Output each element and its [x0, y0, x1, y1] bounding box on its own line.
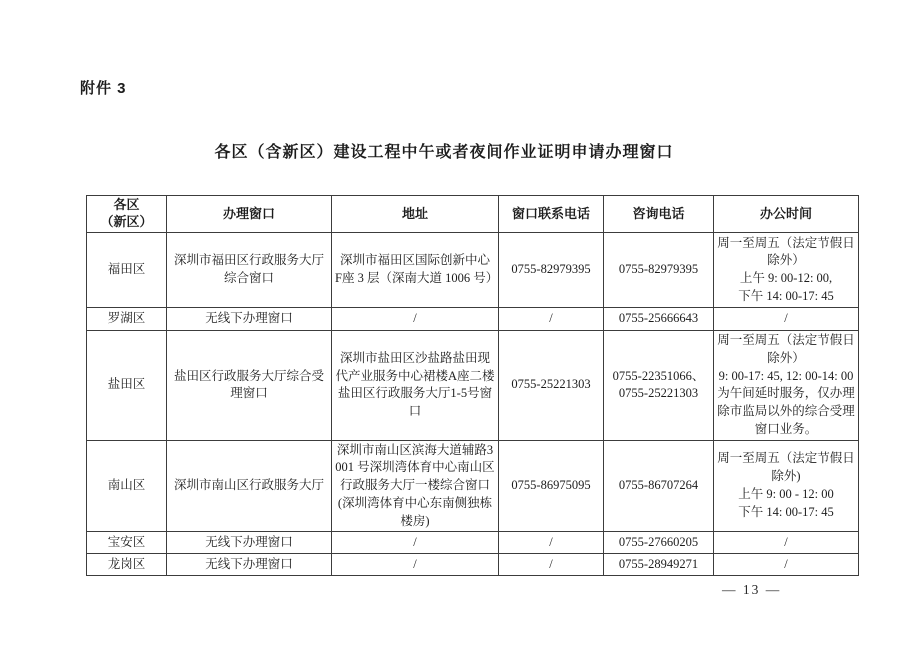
districts-table: 各区 （新区） 办理窗口 地址 窗口联系电话 咨询电话 办公时间 福田区深圳市福…: [86, 195, 859, 576]
cell-address: /: [332, 554, 499, 576]
cell-office-hours: 周一至周五（法定节假日 除外) 上午 9: 00 - 12: 00 下午 14:…: [714, 440, 859, 532]
table-row: 盐田区盐田区行政服务大厅综合受理窗口深圳市盐田区沙盐路盐田现代产业服务中心裙楼A…: [87, 331, 859, 441]
cell-district: 福田区: [87, 233, 167, 308]
table-row: 罗湖区无线下办理窗口//0755-25666643/: [87, 308, 859, 331]
page-title: 各区（含新区）建设工程中午或者夜间作业证明申请办理窗口: [0, 139, 888, 162]
cell-district: 罗湖区: [87, 308, 167, 331]
cell-window-phone: 0755-25221303: [499, 331, 604, 441]
attachment-label: 附件 3: [80, 77, 127, 98]
cell-address: /: [332, 308, 499, 331]
cell-office-hours: /: [714, 532, 859, 554]
cell-consult-phone: 0755-27660205: [604, 532, 714, 554]
cell-district: 南山区: [87, 440, 167, 532]
col-header-address: 地址: [332, 196, 499, 233]
table-row: 南山区深圳市南山区行政服务大厅深圳市南山区滨海大道辅路3001 号深圳湾体育中心…: [87, 440, 859, 532]
cell-address: /: [332, 532, 499, 554]
table-body: 福田区深圳市福田区行政服务大厅综合窗口深圳市福田区国际创新中心 F座 3 层（深…: [87, 233, 859, 576]
cell-window-phone: 0755-86975095: [499, 440, 604, 532]
cell-window: 无线下办理窗口: [167, 532, 332, 554]
cell-window: 无线下办理窗口: [167, 554, 332, 576]
cell-office-hours: /: [714, 308, 859, 331]
cell-window: 盐田区行政服务大厅综合受理窗口: [167, 331, 332, 441]
table-header: 各区 （新区） 办理窗口 地址 窗口联系电话 咨询电话 办公时间: [87, 196, 859, 233]
cell-window-phone: /: [499, 308, 604, 331]
cell-office-hours: 周一至周五（法定节假日 除外） 9: 00-17: 45, 12: 00-14:…: [714, 331, 859, 441]
cell-address: 深圳市盐田区沙盐路盐田现代产业服务中心裙楼A座二楼盐田区行政服务大厅1-5号窗口: [332, 331, 499, 441]
cell-window: 无线下办理窗口: [167, 308, 332, 331]
cell-window-phone: 0755-82979395: [499, 233, 604, 308]
cell-consult-phone: 0755-28949271: [604, 554, 714, 576]
document-page: 附件 3 各区（含新区）建设工程中午或者夜间作业证明申请办理窗口 各区 （新区）…: [0, 0, 924, 652]
page-number: — 13 —: [722, 582, 781, 598]
cell-window: 深圳市福田区行政服务大厅综合窗口: [167, 233, 332, 308]
cell-district: 盐田区: [87, 331, 167, 441]
col-header-district: 各区 （新区）: [87, 196, 167, 233]
col-header-window: 办理窗口: [167, 196, 332, 233]
cell-district: 宝安区: [87, 532, 167, 554]
cell-office-hours: /: [714, 554, 859, 576]
col-header-consult-phone: 咨询电话: [604, 196, 714, 233]
cell-window-phone: /: [499, 554, 604, 576]
cell-consult-phone: 0755-86707264: [604, 440, 714, 532]
table-row: 福田区深圳市福田区行政服务大厅综合窗口深圳市福田区国际创新中心 F座 3 层（深…: [87, 233, 859, 308]
col-header-window-phone: 窗口联系电话: [499, 196, 604, 233]
table-row: 宝安区无线下办理窗口//0755-27660205/: [87, 532, 859, 554]
cell-district: 龙岗区: [87, 554, 167, 576]
table-row: 龙岗区无线下办理窗口//0755-28949271/: [87, 554, 859, 576]
cell-consult-phone: 0755-82979395: [604, 233, 714, 308]
cell-window: 深圳市南山区行政服务大厅: [167, 440, 332, 532]
cell-address: 深圳市福田区国际创新中心 F座 3 层（深南大道 1006 号）: [332, 233, 499, 308]
cell-consult-phone: 0755-22351066、 0755-25221303: [604, 331, 714, 441]
cell-consult-phone: 0755-25666643: [604, 308, 714, 331]
col-header-office-hours: 办公时间: [714, 196, 859, 233]
table-header-row: 各区 （新区） 办理窗口 地址 窗口联系电话 咨询电话 办公时间: [87, 196, 859, 233]
cell-window-phone: /: [499, 532, 604, 554]
cell-office-hours: 周一至周五（法定节假日 除外） 上午 9: 00-12: 00, 下午 14: …: [714, 233, 859, 308]
cell-address: 深圳市南山区滨海大道辅路3001 号深圳湾体育中心南山区行政服务大厅一楼综合窗口…: [332, 440, 499, 532]
